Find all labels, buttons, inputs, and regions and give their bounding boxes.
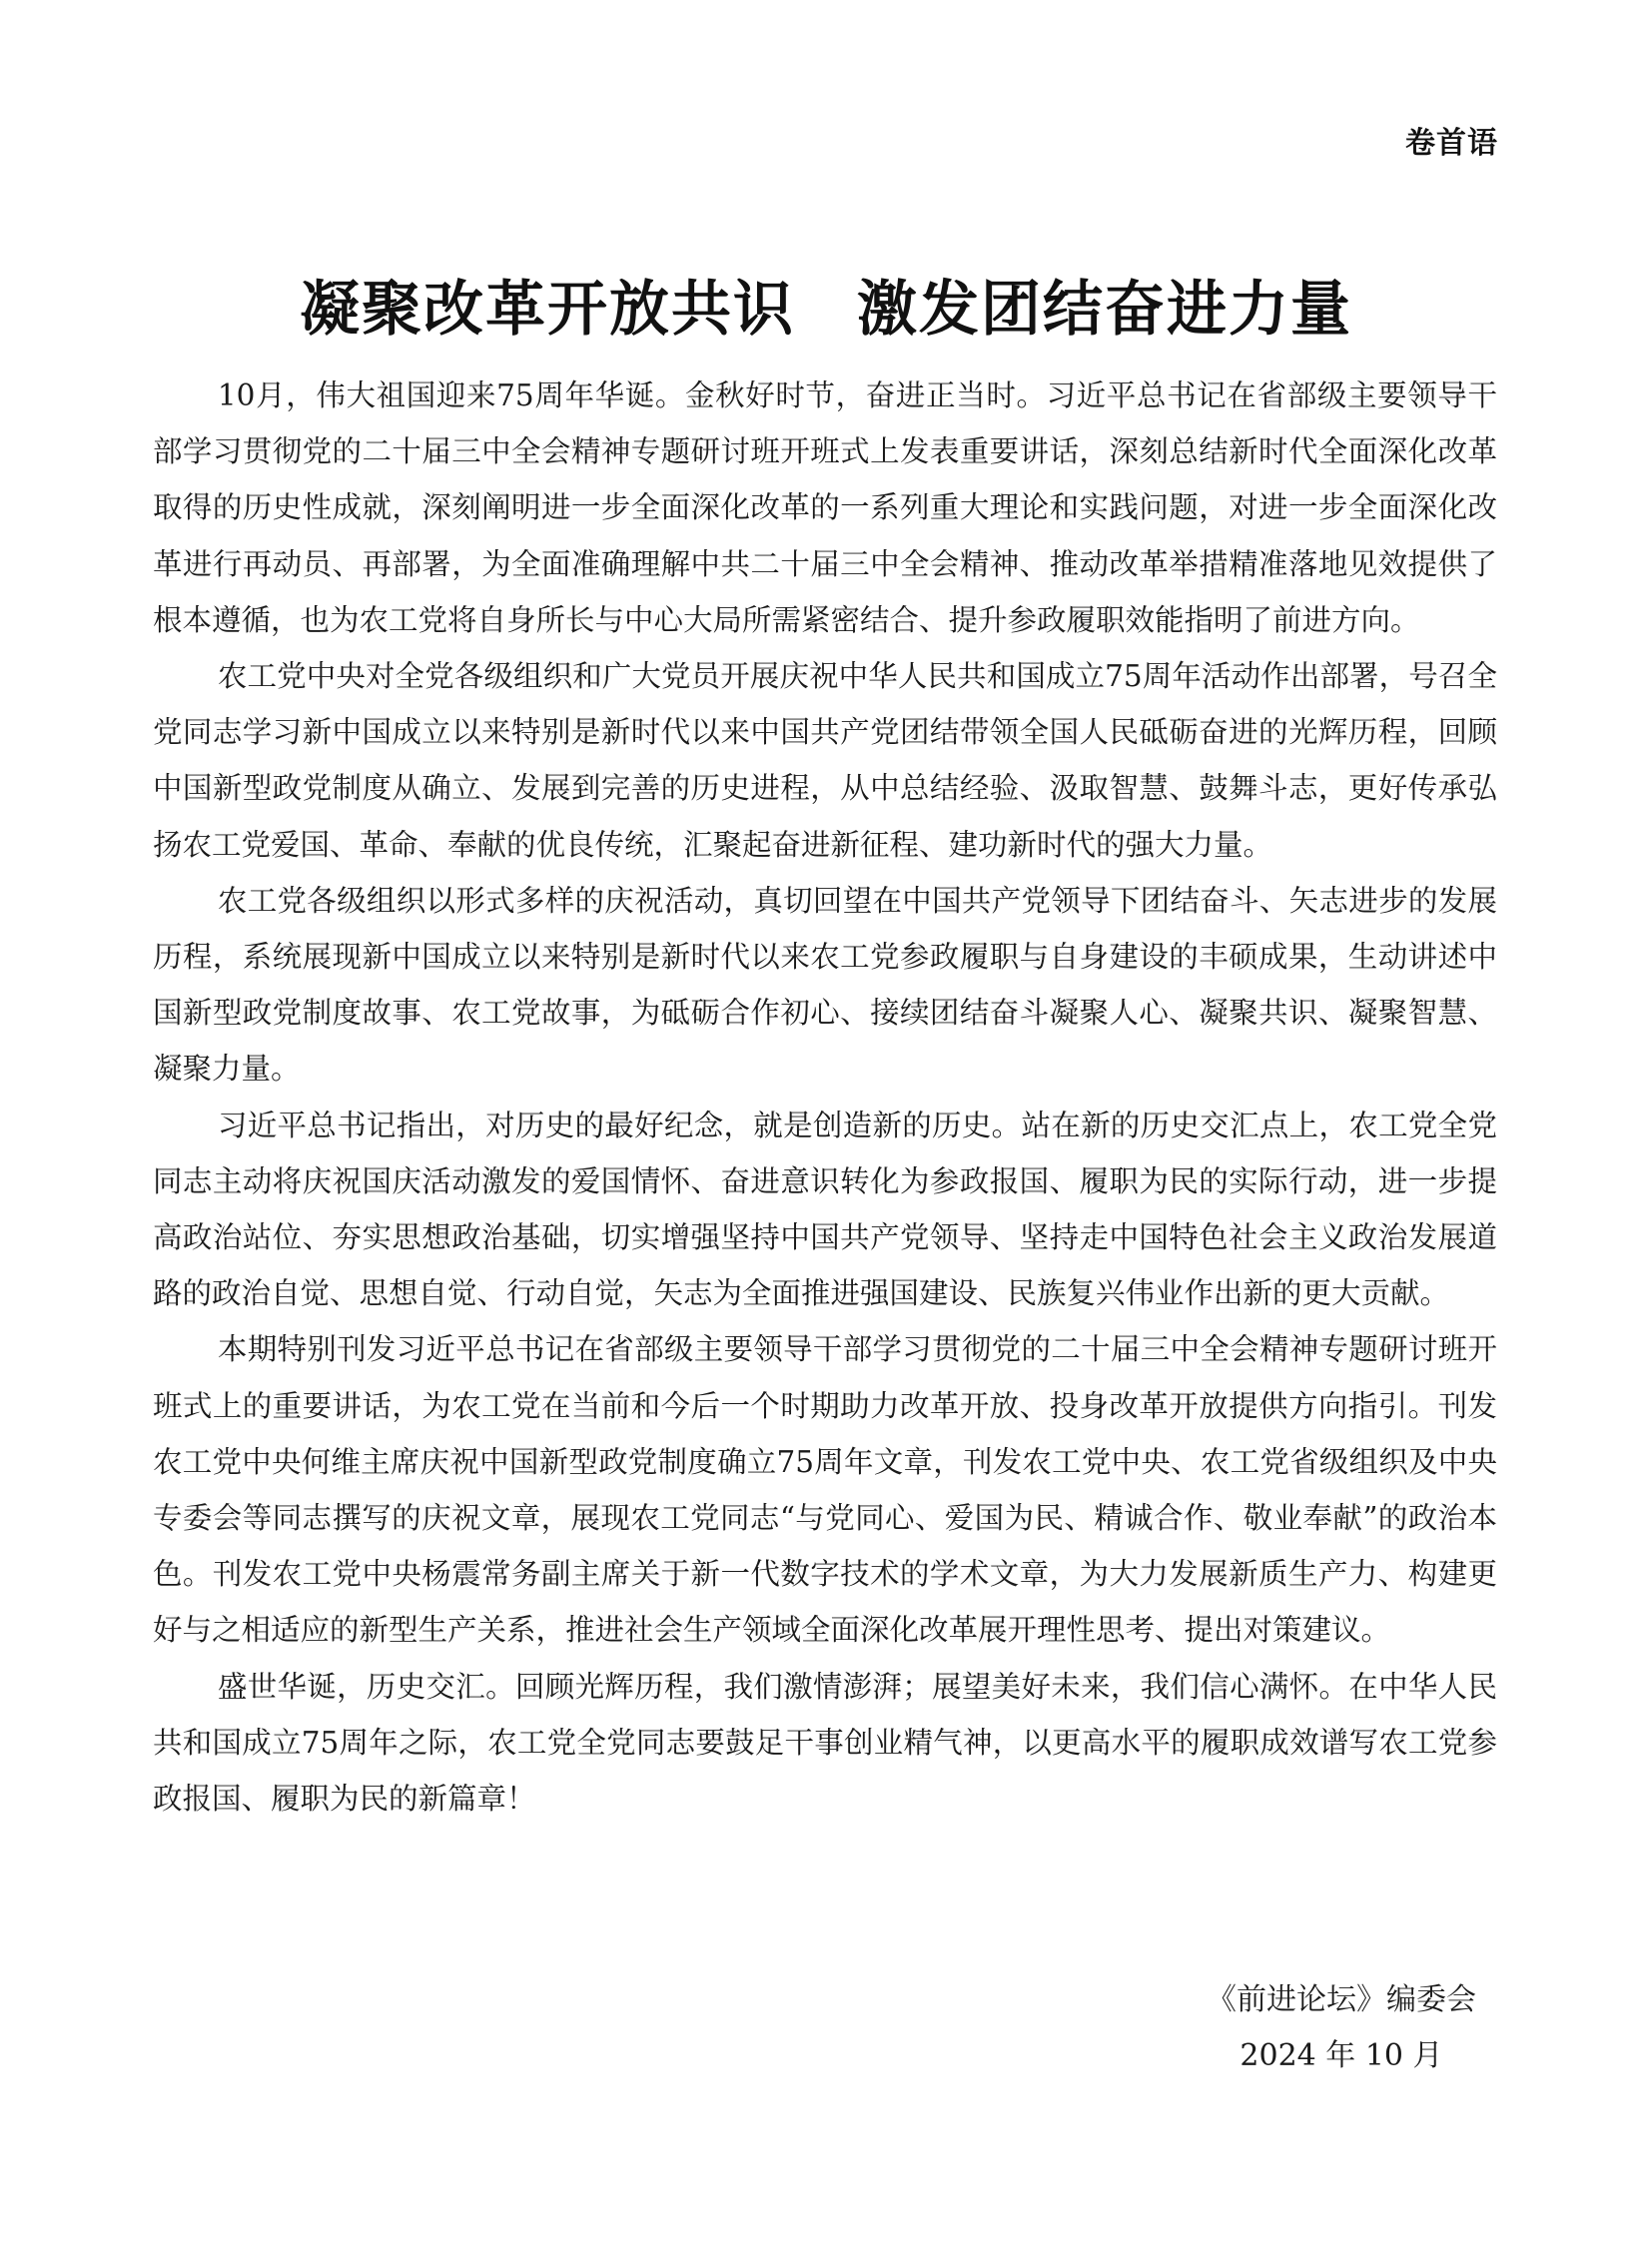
article-body: 10月，伟大祖国迎来75周年华诞。金秋好时节，奋进正当时。习近平总书记在省部级主… <box>153 368 1497 1827</box>
paragraph: 盛世华诞，历史交汇。回顾光辉历程，我们激情澎湃；展望美好未来，我们信心满怀。在中… <box>153 1659 1497 1828</box>
article-title: 凝聚改革开放共识 激发团结奋进力量 <box>0 262 1652 348</box>
section-label: 卷首语 <box>1405 118 1498 162</box>
signature-block: 《前进论坛》编委会 2024 年 10 月 <box>1207 1972 1476 2084</box>
paragraph: 习近平总书记指出，对历史的最好纪念，就是创造新的历史。站在新的历史交汇点上，农工… <box>153 1098 1497 1322</box>
paragraph: 10月，伟大祖国迎来75周年华诞。金秋好时节，奋进正当时。习近平总书记在省部级主… <box>153 368 1497 648</box>
paragraph: 本期特别刊发习近平总书记在省部级主要领导干部学习贯彻党的二十届三中全会精神专题研… <box>153 1321 1497 1658</box>
signature-date: 2024 年 10 月 <box>1207 2028 1476 2084</box>
signature-author: 《前进论坛》编委会 <box>1207 1972 1476 2028</box>
paragraph: 农工党中央对全党各级组织和广大党员开展庆祝中华人民共和国成立75周年活动作出部署… <box>153 648 1497 873</box>
paragraph: 农工党各级组织以形式多样的庆祝活动，真切回望在中国共产党领导下团结奋斗、矢志进步… <box>153 873 1497 1098</box>
